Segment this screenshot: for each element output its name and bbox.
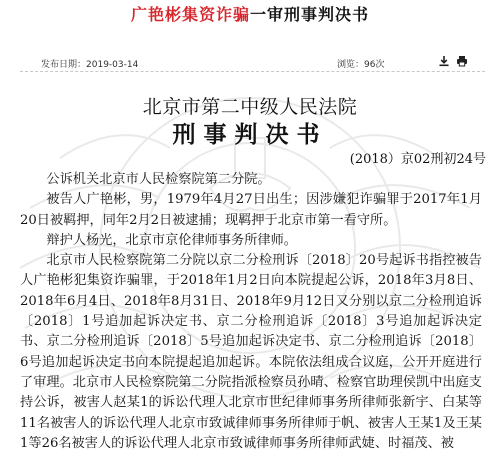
article-meta: 发布日期：2019-03-14 浏览：96次 [20,52,485,72]
document-type: 刑事判决书 [0,116,500,149]
download-icon[interactable] [438,55,450,67]
article-headline: 广艳彬集资诈骗一审刑事判决书 [0,0,500,30]
prosecutor-paragraph: 公诉机关北京市人民检察院第二分院。 [20,170,482,190]
publish-date-label: 发布日期： [41,60,86,70]
article-actions [438,55,468,67]
court-name: 北京市第二中级人民法院 [0,92,500,119]
publish-date: 发布日期：2019-03-14 [41,57,138,70]
proceedings-paragraph: 北京市人民检察院第二分院以京二分检刑诉〔2018〕20号起诉书指控被告人广艳彬犯… [20,251,482,454]
view-count-label: 浏览： [337,60,364,70]
view-count: 浏览：96次 [337,57,384,70]
headline-highlight: 广艳彬集资诈骗 [131,5,250,24]
publish-date-value: 2019-03-14 [86,60,138,70]
case-number: (2018）京02刑初24号 [350,148,486,167]
meta-divider [20,71,485,72]
defender-paragraph: 辩护人杨光，北京市京伦律师事务所律师。 [20,231,482,251]
view-count-value: 96次 [364,60,384,70]
judgment-document: 北京市第二中级人民法院 刑事判决书 (2018）京02刑初24号 公诉机关北京市… [0,78,500,469]
print-icon[interactable] [456,55,468,67]
headline-rest: 一审刑事判决书 [250,5,369,24]
defendant-paragraph: 被告人广艳彬，男，1979年4月27日出生；因涉嫌犯诈骗罪于2017年1月20日… [20,190,482,231]
judgment-body: 公诉机关北京市人民检察院第二分院。 被告人广艳彬，男，1979年4月27日出生；… [20,170,482,454]
